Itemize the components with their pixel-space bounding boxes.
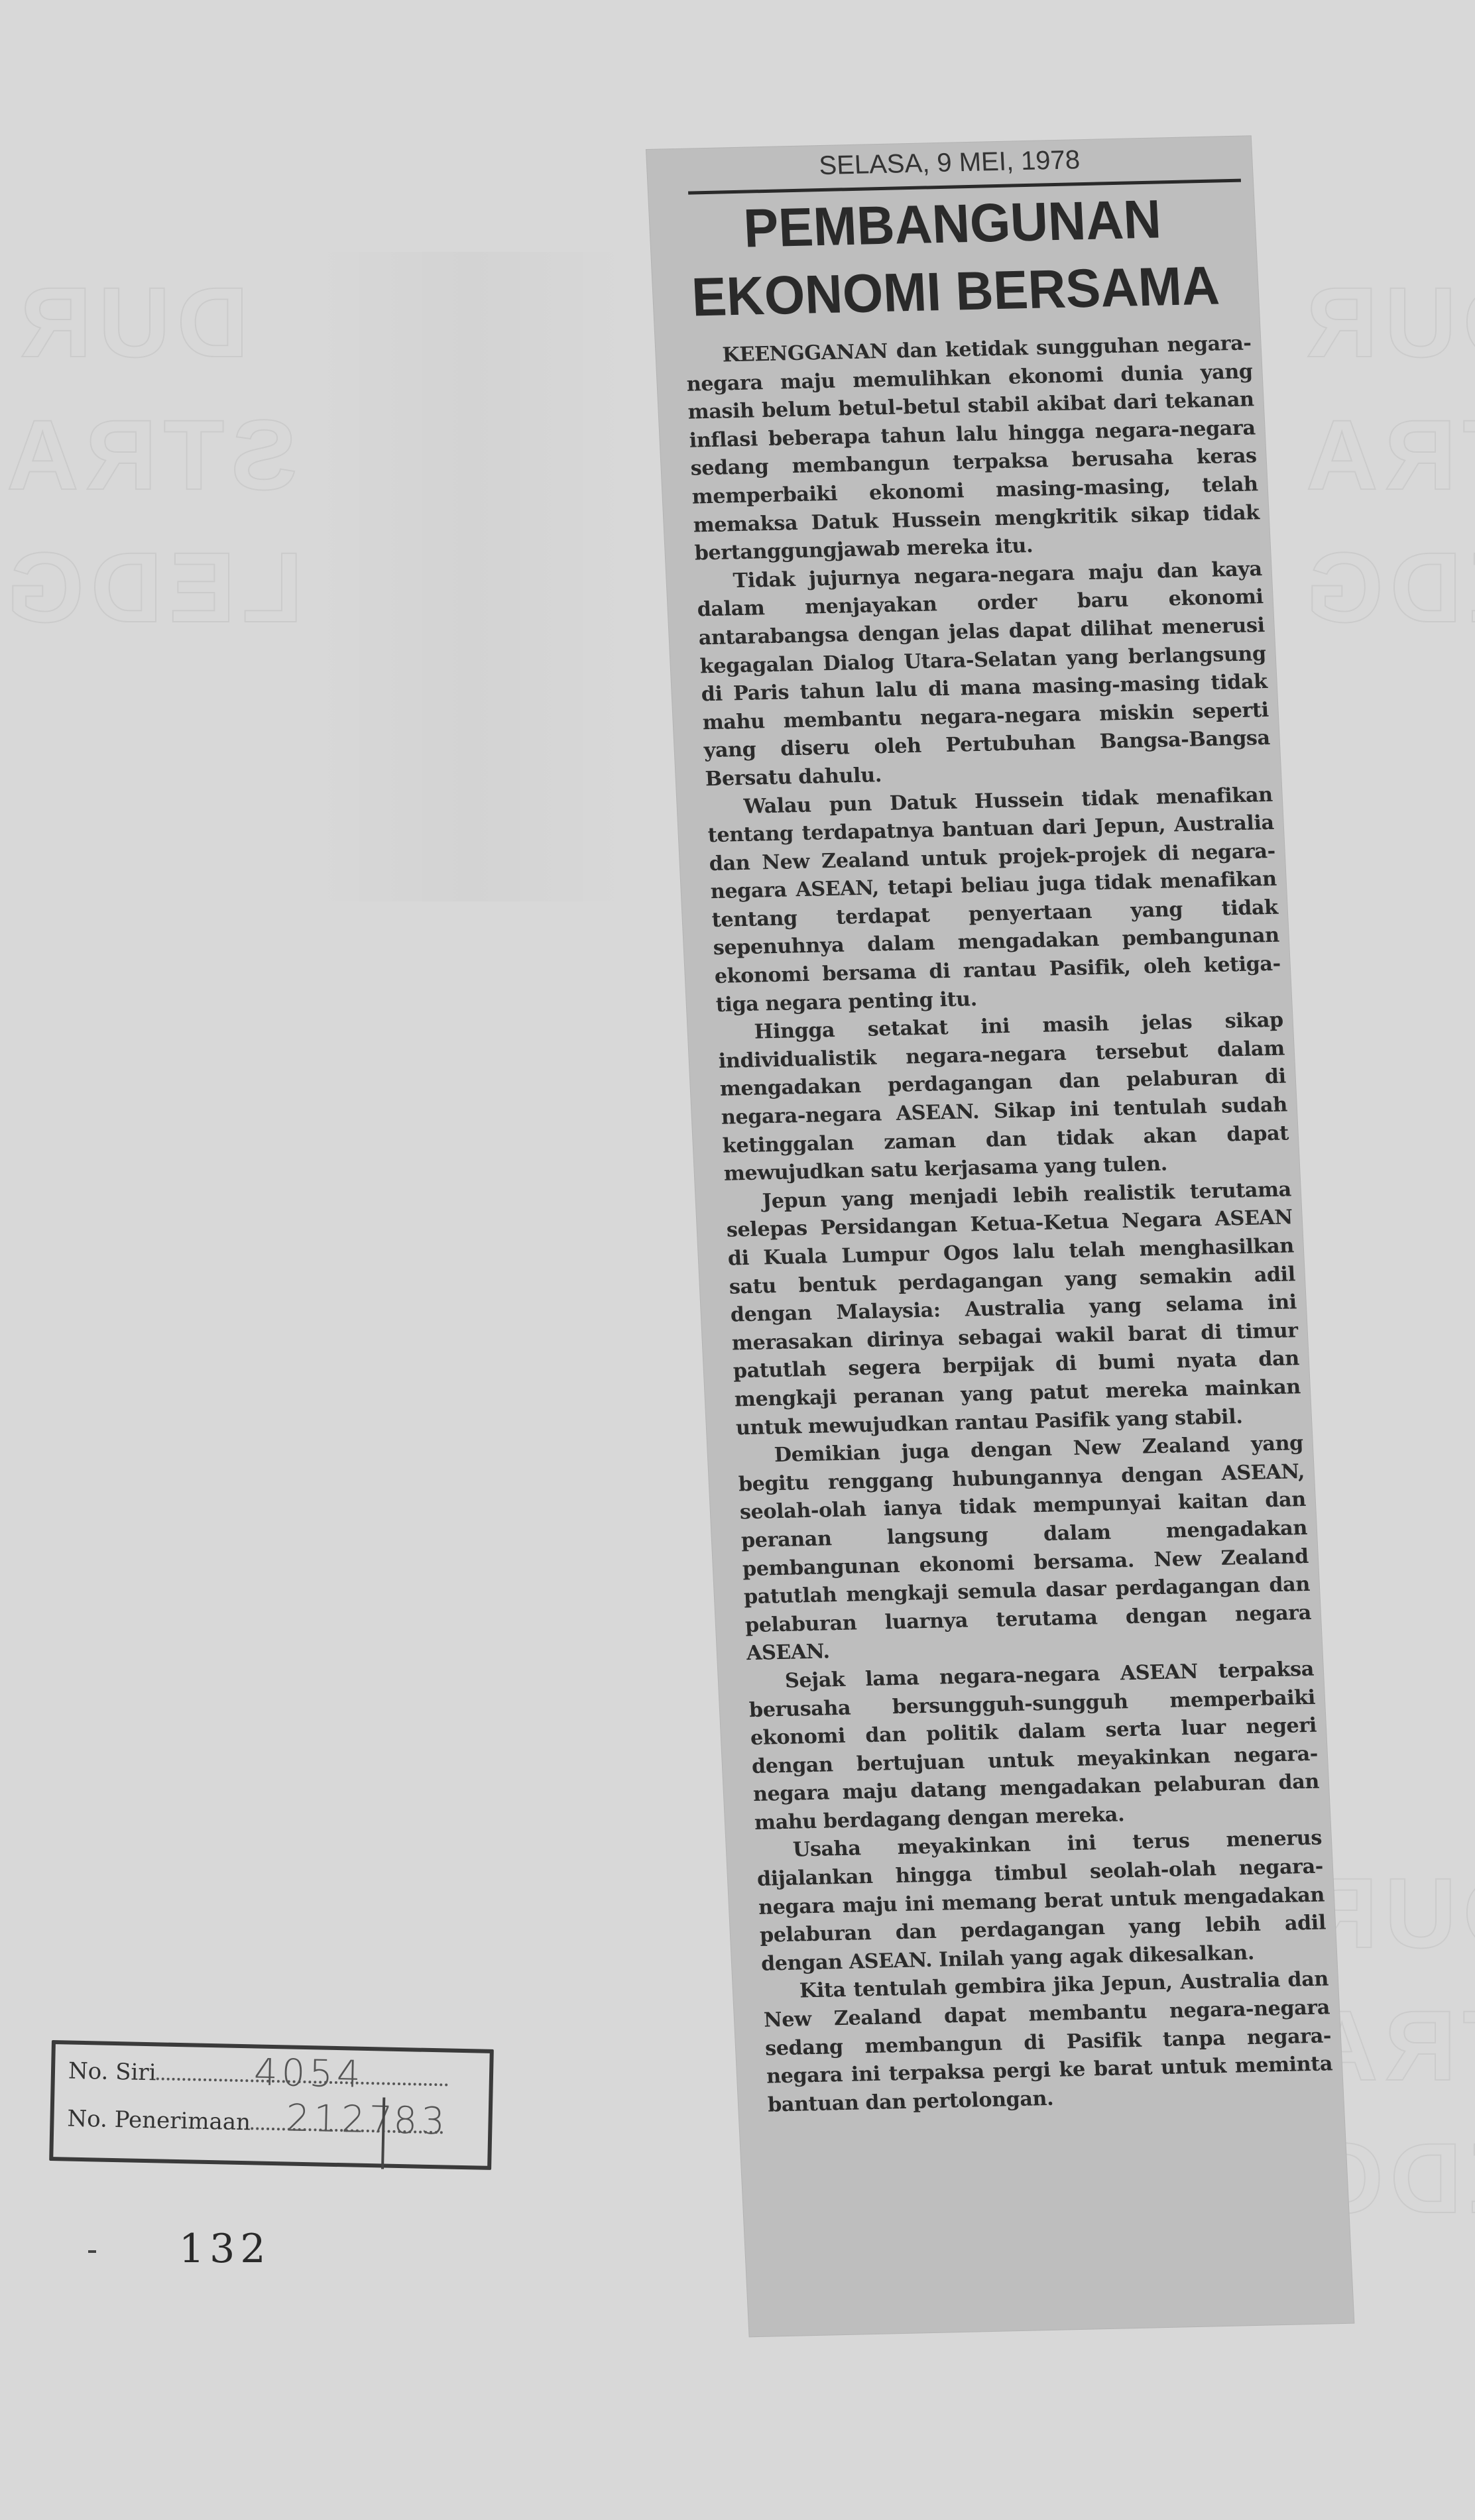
siri-value-handwritten: 4054: [253, 2051, 365, 2096]
article-paragraph: Demikian juga dengan New Zealand yang be…: [737, 1430, 1313, 1668]
headline-line-1: PEMBANGUNAN: [661, 184, 1244, 265]
ghost-text: STRA: [0, 398, 297, 512]
page-number: 132: [179, 2226, 271, 2272]
page-mark: [88, 2250, 96, 2253]
article-paragraph: Usaha meyakinkan ini terus menerus dijal…: [755, 1825, 1328, 1978]
penerimaan-value-handwritten: 2127: [286, 2096, 397, 2142]
dateline: SELASA, 9 MEI, 1978: [646, 141, 1252, 185]
article-paragraph: Tidak jujurnya negara-negara maju dan ka…: [695, 555, 1272, 794]
penerimaan-year-handwritten: 83: [393, 2099, 449, 2144]
newspaper-clipping: SELASA, 9 MEI, 1978 PEMBANGUNAN EKONOMI …: [646, 136, 1354, 2336]
ghost-text: STRA: [1299, 398, 1475, 512]
article-paragraph: Hingga setakat ini masih jelas sikap ind…: [717, 1007, 1291, 1189]
article-body: KEENGGANAN dan ketidak sungguhan negara-…: [685, 329, 1334, 2120]
article-paragraph: Kita tentulah gembira jika Jepun, Austra…: [762, 1966, 1334, 2120]
article-paragraph: KEENGGANAN dan ketidak sungguhan negara-…: [685, 329, 1262, 568]
article-paragraph: Walau pun Datuk Hussein tidak menafikan …: [706, 781, 1283, 1019]
article-paragraph: Jepun yang menjadi lebih realistik terut…: [725, 1176, 1303, 1442]
penerimaan-label: No. Penerimaan: [67, 2106, 251, 2136]
ghost-text: LEDG: [0, 530, 303, 645]
headline-line-2: EKONOMI BERSAMA: [664, 252, 1247, 333]
archive-stamp: No. Siri 4054 No. Penerimaan 2127 83: [49, 2040, 494, 2170]
ghost-text: DUR: [1299, 265, 1475, 380]
ghost-text: LEDG: [1299, 530, 1475, 645]
paper-shadow: [312, 252, 630, 901]
article-paragraph: Sejak lama negara-negara ASEAN terpaksa …: [747, 1656, 1321, 1838]
headline: PEMBANGUNAN EKONOMI BERSAMA: [661, 184, 1248, 333]
siri-label: No. Siri: [68, 2058, 156, 2087]
ghost-text: DUR: [13, 265, 249, 380]
